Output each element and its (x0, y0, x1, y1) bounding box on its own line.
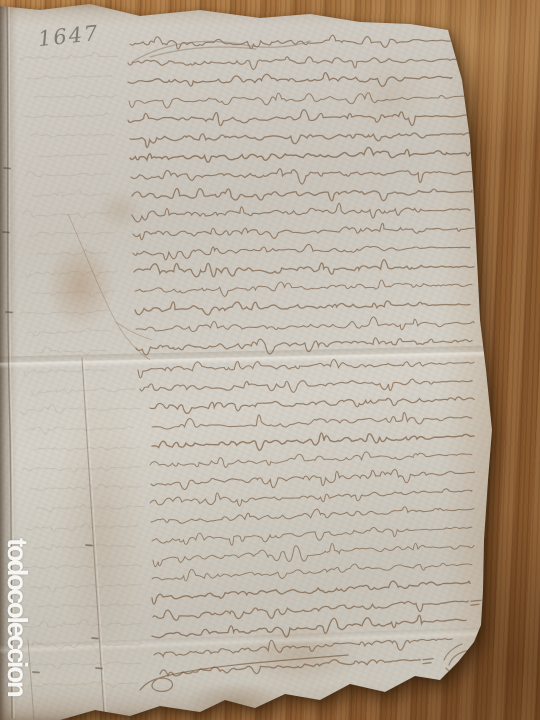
lower-fold-crease (0, 628, 480, 655)
paper-shadow-wrap: 1647 (0, 0, 540, 720)
manuscript-page: 1647 (0, 0, 540, 720)
year-inscription: 1647 (37, 21, 101, 51)
todocoleccion-watermark: todocoleccion (0, 538, 34, 720)
horizontal-fold-crease (0, 345, 500, 368)
manuscript-photo: 1647 todocoleccion (0, 0, 540, 720)
